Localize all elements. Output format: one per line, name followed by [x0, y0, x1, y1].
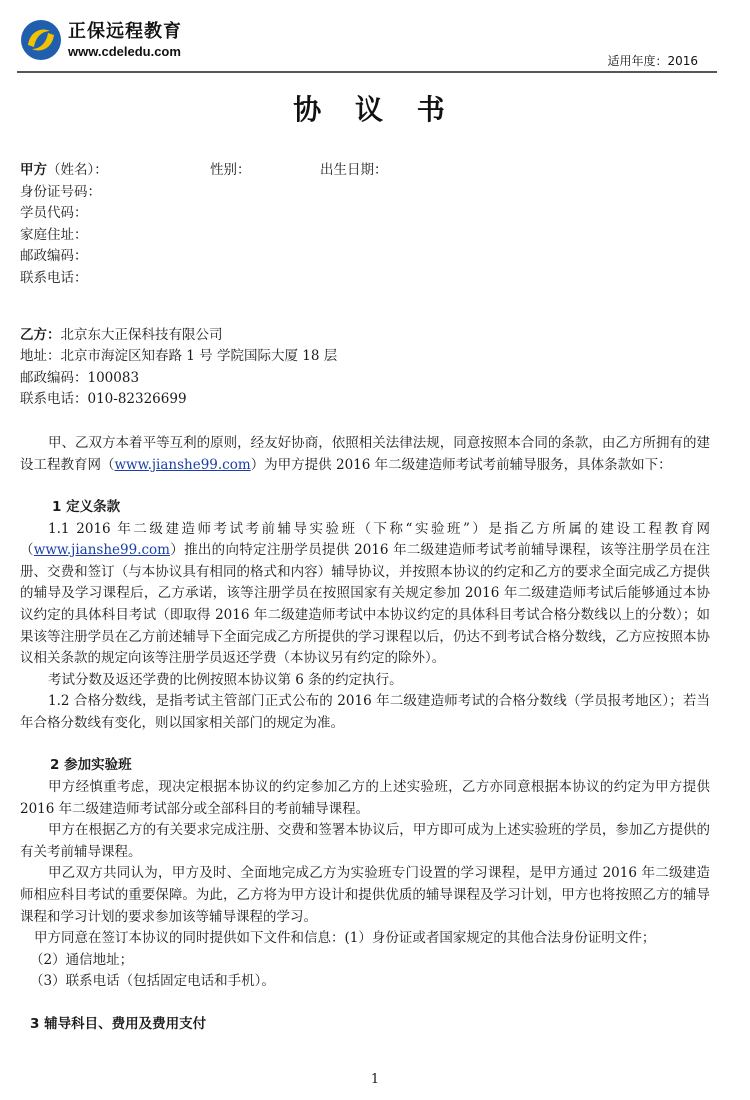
header-divider [17, 71, 717, 73]
jianshe99-link-2[interactable]: www.jianshe99.com [34, 542, 170, 558]
section-2-item-3: （3）联系电话（包括固定电话和手机）。 [20, 971, 710, 993]
brand-url: www.cdeledu.com [68, 44, 182, 60]
party-a-name-field: （姓名）： [47, 162, 108, 178]
party-a-name-row: 甲方（姓名）： 性别： 出生日期： [20, 160, 710, 182]
home-address-field: 家庭住址： [20, 225, 710, 247]
section-2-para-3: 甲乙双方共同认为，甲方及时、全面地完成乙方为实验班专门设置的学习课程，是甲方通过… [20, 863, 710, 928]
clause-1-1-refund: 考试分数及返还学费的比例按照本协议第 6 条的约定执行。 [20, 670, 710, 692]
party-b-address: 地址：北京市海淀区知春路 1 号 学院国际大厦 18 层 [20, 346, 710, 368]
document-title: 协 议 书 [0, 88, 750, 128]
jianshe99-link[interactable]: www.jianshe99.com [115, 457, 251, 473]
document-body: 甲方（姓名）： 性别： 出生日期： 身份证号码： 学员代码： 家庭住址： 邮政编… [20, 160, 710, 1036]
clause-1-2: 1.2 合格分数线，是指考试主管部门正式公布的 2016 年二级建造师考试的合格… [20, 691, 710, 734]
section-2-para-4: 甲方同意在签订本协议的同时提供如下文件和信息：(1）身份证或者国家规定的其他合法… [20, 928, 710, 950]
applicable-year: 适用年度：2016 [607, 52, 698, 69]
postcode-field: 邮政编码： [20, 246, 710, 268]
phone-field: 联系电话： [20, 268, 710, 290]
student-code-field: 学员代码： [20, 203, 710, 225]
cdeledu-logo-icon [20, 19, 62, 61]
document-header: 正保远程教育 www.cdeledu.com 适用年度：2016 [0, 0, 750, 80]
section-1-title: 1 定义条款 [20, 497, 710, 519]
party-a-label: 甲方 [20, 162, 47, 178]
gender-field: 性别： [210, 160, 320, 182]
clause-1-1: 1.1 2016 年二级建造师考试考前辅导实验班（下称“实验班”）是指乙方所属的… [20, 519, 710, 670]
section-3-title: 3 辅导科目、费用及费用支付 [20, 1014, 710, 1036]
birth-date-field: 出生日期： [320, 160, 388, 182]
id-number-field: 身份证号码： [20, 182, 710, 204]
party-b-postcode: 邮政编码：100083 [20, 368, 710, 390]
party-b-phone: 联系电话：010-82326699 [20, 389, 710, 411]
section-2-para-1: 甲方经慎重考虑，现决定根据本协议的约定参加乙方的上述实验班，乙方亦同意根据本协议… [20, 777, 710, 820]
page-number: 1 [0, 1072, 750, 1087]
party-b-name: 乙方：北京东大正保科技有限公司 [20, 325, 710, 347]
section-2-para-2: 甲方在根据乙方的有关要求完成注册、交费和签署本协议后，甲方即可成为上述实验班的学… [20, 820, 710, 863]
brand: 正保远程教育 www.cdeledu.com [68, 22, 182, 60]
intro-paragraph: 甲、乙双方本着平等互利的原则，经友好协商，依照相关法律法规，同意按照本合同的条款… [20, 432, 710, 476]
section-2-title: 2 参加实验班 [20, 755, 710, 777]
brand-name: 正保远程教育 [68, 22, 182, 42]
section-2-item-2: （2）通信地址； [20, 950, 710, 972]
